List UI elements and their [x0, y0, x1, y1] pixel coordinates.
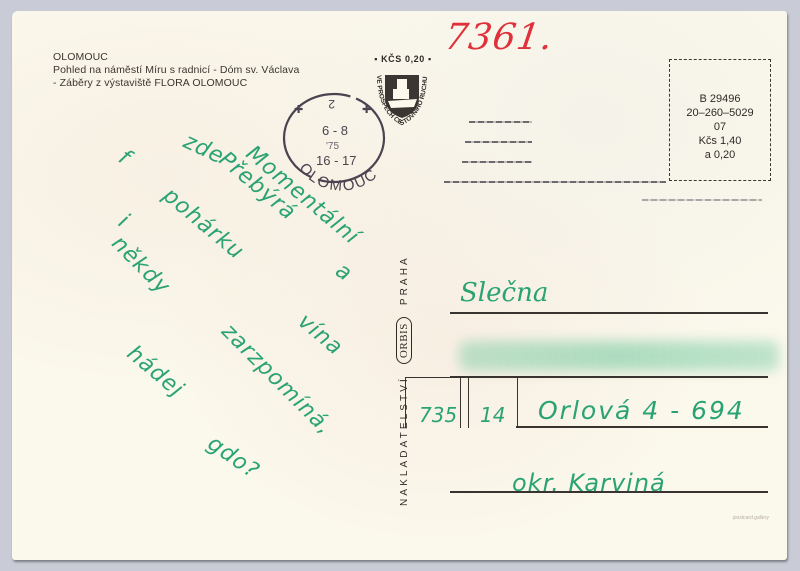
address-district: okr. Karviná	[512, 469, 666, 497]
caption-title: OLOMOUC	[53, 51, 299, 64]
price-line: a 0,20	[670, 148, 770, 162]
address-salutation: Slečna	[460, 278, 548, 308]
message-word: f	[114, 145, 136, 170]
message-word: někdy	[106, 231, 175, 300]
cancel-line	[462, 161, 532, 163]
message-word: pohárku	[158, 183, 249, 265]
message-word: hádej	[122, 341, 189, 403]
postcard-back: OLOMOUC Pohled na náměstí Míru s radnicí…	[12, 11, 787, 560]
price-line: 20–260–5029	[670, 106, 770, 120]
cancel-line	[469, 121, 532, 123]
cancel-line	[642, 199, 762, 201]
price-line: B 29496	[670, 92, 770, 106]
address-line-3	[516, 426, 768, 428]
caption-line-1: Pohled na náměstí Míru s radnicí - Dóm s…	[53, 64, 299, 77]
cancel-line	[444, 181, 666, 183]
svg-text:✚: ✚	[294, 104, 303, 116]
svg-text:2: 2	[328, 97, 335, 111]
orbis-logo: ORBIS	[396, 317, 412, 364]
price-box: B 29496 20–260–5029 07 Kčs 1,40 a 0,20	[669, 59, 771, 181]
message-word: gdo?	[203, 431, 264, 484]
address-line-4	[450, 491, 768, 493]
postal-code-part-2: 14	[480, 403, 505, 427]
postal-code-part-1: 735	[419, 403, 457, 427]
address-street: Orlová 4 - 694	[538, 396, 745, 425]
picture-caption: OLOMOUC Pohled na náměstí Míru s radnicí…	[53, 51, 299, 90]
message-word: vína	[293, 309, 348, 361]
recipient-name-redacted	[459, 341, 779, 371]
svg-text:'75: '75	[326, 141, 339, 152]
address-line-1	[450, 312, 768, 314]
reference-number: 7361.	[442, 17, 556, 58]
svg-text:✚: ✚	[362, 104, 371, 116]
price-line: Kčs 1,40	[670, 134, 770, 148]
watermark: ipostcard.gallery	[733, 515, 769, 521]
price-line: 07	[670, 120, 770, 134]
svg-text:6 - 8: 6 - 8	[322, 123, 348, 138]
message-word: a	[331, 258, 357, 287]
caption-line-2: - Záběry z výstaviště FLORA OLOMOUC	[53, 77, 299, 90]
publisher-city: PRAHA	[399, 255, 410, 305]
svg-text:16 - 17: 16 - 17	[316, 153, 356, 168]
cancel-line	[465, 141, 532, 143]
